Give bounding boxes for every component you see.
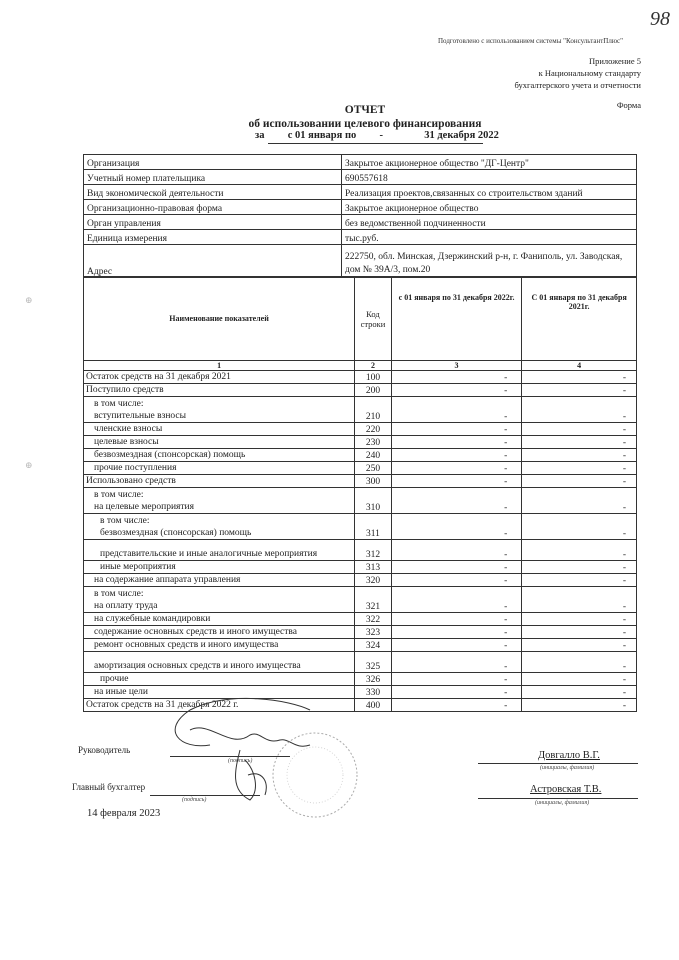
- info-value: 690557618: [342, 170, 637, 185]
- value-2022: -: [391, 488, 522, 514]
- period-dash: -: [380, 130, 384, 141]
- accountant-name-caption: (инициалы, фамилия): [535, 800, 589, 806]
- info-value: без ведомственной подчиненности: [342, 215, 637, 230]
- indicator-cell: на служебные командировки: [84, 613, 355, 626]
- row-name: амортизация основных средств и иного иму…: [86, 660, 351, 672]
- value-2022: -: [391, 449, 522, 462]
- value-2022: -: [391, 686, 522, 699]
- row-subheading: в том числе:: [86, 489, 351, 501]
- value-2021: -: [522, 423, 637, 436]
- prepared-note: Подготовлено с использованием системы "К…: [438, 37, 623, 45]
- title-sub: об использовании целевого финансирования: [220, 117, 510, 131]
- value-2021: -: [522, 488, 637, 514]
- row-name: иные мероприятия: [86, 561, 351, 573]
- row-name: Использовано средств: [86, 475, 351, 487]
- col-number: 2: [355, 361, 392, 371]
- value-2021: -: [522, 462, 637, 475]
- row-name: на целевые мероприятия: [86, 501, 351, 513]
- indicator-cell: на содержание аппарата управления: [84, 574, 355, 587]
- value-2022: -: [391, 423, 522, 436]
- title-main: ОТЧЕТ: [220, 103, 510, 117]
- row-name: целевые взносы: [86, 436, 351, 448]
- info-row: Вид экономической деятельностиРеализация…: [84, 185, 637, 200]
- row-name: содержание основных средств и иного имущ…: [86, 626, 351, 638]
- row-name: членские взносы: [86, 423, 351, 435]
- indicator-cell: иные мероприятия: [84, 561, 355, 574]
- row-name: представительские и иные аналогичные мер…: [86, 548, 351, 560]
- table-row: на служебные командировки 322 - -: [84, 613, 637, 626]
- line-code: 210: [355, 397, 392, 423]
- row-name: ремонт основных средств и иного имуществ…: [86, 639, 351, 651]
- value-2022: -: [391, 540, 522, 561]
- info-row: Единица измерениятыс.руб.: [84, 230, 637, 245]
- col-number: 3: [391, 361, 522, 371]
- value-2021: -: [522, 686, 637, 699]
- line-code: 312: [355, 540, 392, 561]
- row-subheading: в том числе:: [86, 515, 351, 527]
- value-2021: -: [522, 613, 637, 626]
- indicator-cell: прочие: [84, 673, 355, 686]
- table-row: в том числе:вступительные взносы 210 - -: [84, 397, 637, 423]
- indicator-cell: целевые взносы: [84, 436, 355, 449]
- info-value: 222750, обл. Минская, Дзержинский р-н, г…: [342, 245, 637, 278]
- indicator-cell: безвозмездная (спонсорская) помощь: [84, 449, 355, 462]
- table-row: ремонт основных средств и иного имуществ…: [84, 639, 637, 652]
- value-2021: -: [522, 574, 637, 587]
- header-indicator-name: Наименование показателей: [84, 277, 355, 361]
- line-code: 326: [355, 673, 392, 686]
- table-row: безвозмездная (спонсорская) помощь 240 -…: [84, 449, 637, 462]
- value-2022: -: [391, 514, 522, 540]
- row-name: Поступило средств: [86, 384, 351, 396]
- period-prefix: за: [255, 130, 264, 141]
- accountant-name-line: [478, 798, 638, 799]
- col-number: 1: [84, 361, 355, 371]
- indicator-cell: в том числе:вступительные взносы: [84, 397, 355, 423]
- info-value: тыс.руб.: [342, 230, 637, 245]
- value-2021: -: [522, 384, 637, 397]
- value-2021: -: [522, 371, 637, 384]
- info-row: Учетный номер плательщика690557618: [84, 170, 637, 185]
- info-value: Закрытое акционерное общество: [342, 200, 637, 215]
- table-header-row: Наименование показателей Код строки с 01…: [84, 277, 637, 361]
- value-2022: -: [391, 436, 522, 449]
- table-row: Использовано средств 300 - -: [84, 475, 637, 488]
- value-2021: -: [522, 626, 637, 639]
- table-row: членские взносы 220 - -: [84, 423, 637, 436]
- info-label: Организационно-правовая форма: [84, 200, 342, 215]
- value-2021: -: [522, 652, 637, 673]
- period-underline: [268, 143, 483, 144]
- head-signature-icon: [175, 698, 310, 746]
- row-name: безвозмездная (спонсорская) помощь: [86, 449, 351, 461]
- period-to: 31 декабря 2022: [424, 130, 499, 141]
- indicator-cell: членские взносы: [84, 423, 355, 436]
- head-name: Довгалло В.Г.: [538, 750, 600, 761]
- table-row: на содержание аппарата управления 320 - …: [84, 574, 637, 587]
- table-row: в том числе:на оплату труда 321 - -: [84, 587, 637, 613]
- row-name: на оплату труда: [86, 600, 351, 612]
- col-number: 4: [522, 361, 637, 371]
- appendix-line: Приложение 5: [514, 55, 641, 67]
- column-number-row: 1 2 3 4: [84, 361, 637, 371]
- info-row: Орган управлениябез ведомственной подчин…: [84, 215, 637, 230]
- accountant-signature-icon: [236, 750, 267, 800]
- target-financing-table: Наименование показателей Код строки с 01…: [83, 276, 637, 712]
- value-2022: -: [391, 475, 522, 488]
- line-code: 220: [355, 423, 392, 436]
- value-2021: -: [522, 514, 637, 540]
- indicator-cell: Поступило средств: [84, 384, 355, 397]
- value-2022: -: [391, 626, 522, 639]
- info-label: Единица измерения: [84, 230, 342, 245]
- info-row: Адрес222750, обл. Минская, Дзержинский р…: [84, 245, 637, 278]
- indicator-cell: в том числе:на оплату труда: [84, 587, 355, 613]
- line-code: 321: [355, 587, 392, 613]
- line-code: 324: [355, 639, 392, 652]
- table-row: Поступило средств 200 - -: [84, 384, 637, 397]
- indicator-cell: Остаток средств на 31 декабря 2021: [84, 371, 355, 384]
- row-name: на служебные командировки: [86, 613, 351, 625]
- value-2021: -: [522, 587, 637, 613]
- info-row: Организационно-правовая формаЗакрытое ак…: [84, 200, 637, 215]
- appendix-line: бухгалтерского учета и отчетности: [514, 79, 641, 91]
- info-label: Орган управления: [84, 215, 342, 230]
- margin-mark: ⊕: [25, 295, 33, 306]
- info-value: Реализация проектов,связанных со строите…: [342, 185, 637, 200]
- value-2022: -: [391, 371, 522, 384]
- table-row: амортизация основных средств и иного иму…: [84, 652, 637, 673]
- value-2021: -: [522, 475, 637, 488]
- page-number: 98: [650, 8, 670, 31]
- table-row: целевые взносы 230 - -: [84, 436, 637, 449]
- line-code: 240: [355, 449, 392, 462]
- line-code: 320: [355, 574, 392, 587]
- line-code: 200: [355, 384, 392, 397]
- line-code: 230: [355, 436, 392, 449]
- info-value: Закрытое акционерное общество "ДГ-Центр": [342, 155, 637, 170]
- row-name: вступительные взносы: [86, 410, 351, 422]
- line-code: 323: [355, 626, 392, 639]
- row-name: Остаток средств на 31 декабря 2021: [86, 371, 351, 383]
- report-period: за с 01 января по - 31 декабря 2022: [255, 130, 499, 141]
- table-row: в том числе:безвозмездная (спонсорская) …: [84, 514, 637, 540]
- value-2022: -: [391, 673, 522, 686]
- row-subheading: в том числе:: [86, 588, 351, 600]
- info-label: Организация: [84, 155, 342, 170]
- table-row: Остаток средств на 31 декабря 2021 100 -…: [84, 371, 637, 384]
- stamp-icon: [273, 733, 357, 817]
- header-period-2022: с 01 января по 31 декабря 2022г.: [391, 277, 522, 361]
- form-label: Форма: [617, 100, 641, 110]
- line-code: 300: [355, 475, 392, 488]
- row-subheading: в том числе:: [86, 398, 351, 410]
- margin-mark: ⊕: [25, 460, 33, 471]
- table-row: представительские и иные аналогичные мер…: [84, 540, 637, 561]
- line-code: 322: [355, 613, 392, 626]
- head-name-caption: (инициалы, фамилия): [540, 765, 594, 771]
- info-label: Учетный номер плательщика: [84, 170, 342, 185]
- appendix-note: Приложение 5 к Национальному стандарту б…: [514, 55, 641, 91]
- value-2022: -: [391, 462, 522, 475]
- value-2021: -: [522, 639, 637, 652]
- row-name: на содержание аппарата управления: [86, 574, 351, 586]
- table-row: в том числе:на целевые мероприятия 310 -…: [84, 488, 637, 514]
- accountant-name: Астровская Т.В.: [530, 784, 601, 795]
- value-2022: -: [391, 574, 522, 587]
- value-2022: -: [391, 699, 522, 712]
- value-2021: -: [522, 699, 637, 712]
- value-2022: -: [391, 639, 522, 652]
- value-2021: -: [522, 540, 637, 561]
- indicator-cell: в том числе:на целевые мероприятия: [84, 488, 355, 514]
- head-name-line: [478, 763, 638, 764]
- table-row: прочие 326 - -: [84, 673, 637, 686]
- info-label: Адрес: [84, 245, 342, 278]
- organization-info-table: ОрганизацияЗакрытое акционерное общество…: [83, 154, 637, 278]
- indicator-cell: амортизация основных средств и иного иму…: [84, 652, 355, 673]
- line-code: 313: [355, 561, 392, 574]
- value-2022: -: [391, 561, 522, 574]
- table-row: прочие поступления 250 - -: [84, 462, 637, 475]
- row-name: прочие поступления: [86, 462, 351, 474]
- table-row: содержание основных средств и иного имущ…: [84, 626, 637, 639]
- indicator-cell: в том числе:безвозмездная (спонсорская) …: [84, 514, 355, 540]
- appendix-line: к Национальному стандарту: [514, 67, 641, 79]
- value-2021: -: [522, 673, 637, 686]
- row-name: прочие: [86, 673, 351, 685]
- header-line-code: Код строки: [355, 277, 392, 361]
- period-from: с 01 января по: [288, 130, 357, 141]
- indicator-cell: прочие поступления: [84, 462, 355, 475]
- indicator-cell: Использовано средств: [84, 475, 355, 488]
- value-2022: -: [391, 587, 522, 613]
- head-label: Руководитель: [78, 745, 130, 755]
- indicator-cell: ремонт основных средств и иного имуществ…: [84, 639, 355, 652]
- table-row: иные мероприятия 313 - -: [84, 561, 637, 574]
- line-code: 325: [355, 652, 392, 673]
- info-row: ОрганизацияЗакрытое акционерное общество…: [84, 155, 637, 170]
- line-code: 250: [355, 462, 392, 475]
- value-2021: -: [522, 449, 637, 462]
- value-2022: -: [391, 652, 522, 673]
- report-title: ОТЧЕТ об использовании целевого финансир…: [220, 103, 510, 131]
- line-code: 100: [355, 371, 392, 384]
- signature-stamp-graphic: [140, 690, 390, 820]
- row-name: безвозмездная (спонсорская) помощь: [86, 527, 351, 539]
- value-2021: -: [522, 397, 637, 423]
- value-2022: -: [391, 397, 522, 423]
- indicator-cell: представительские и иные аналогичные мер…: [84, 540, 355, 561]
- value-2022: -: [391, 384, 522, 397]
- accountant-label: Главный бухгалтер: [72, 782, 145, 792]
- info-label: Вид экономической деятельности: [84, 185, 342, 200]
- indicator-cell: содержание основных средств и иного имущ…: [84, 626, 355, 639]
- line-code: 310: [355, 488, 392, 514]
- value-2021: -: [522, 561, 637, 574]
- header-period-2021: С 01 января по 31 декабря 2021г.: [522, 277, 637, 361]
- value-2022: -: [391, 613, 522, 626]
- line-code: 311: [355, 514, 392, 540]
- value-2021: -: [522, 436, 637, 449]
